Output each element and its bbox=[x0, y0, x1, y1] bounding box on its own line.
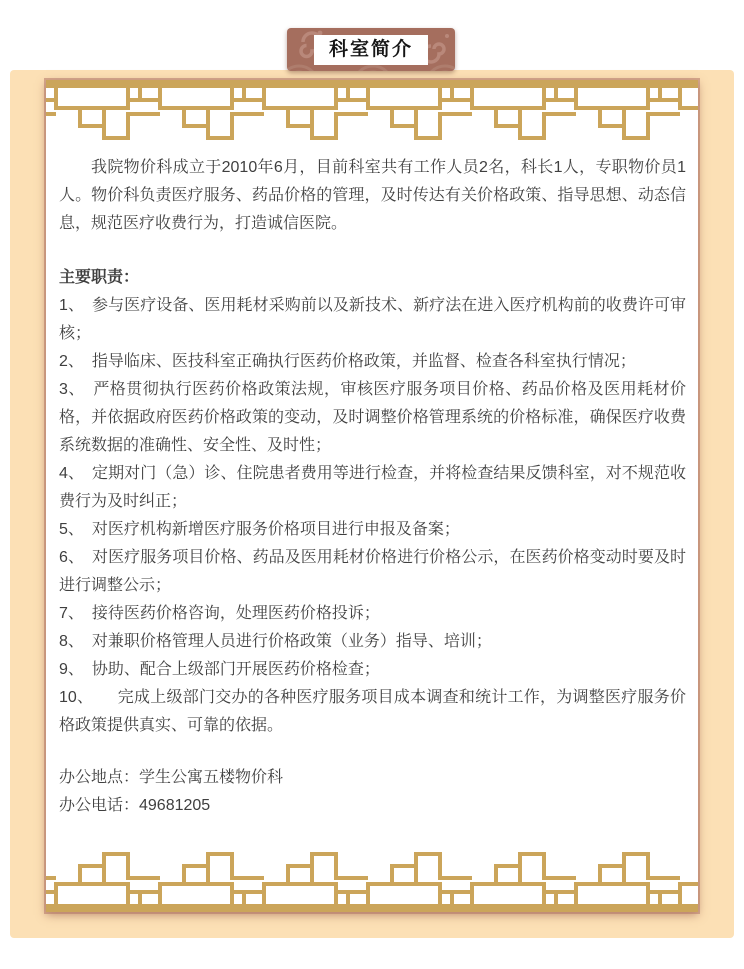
duties-list: 1、 参与医疗设备、医用耗材采购前以及新技术、新疗法在进入医疗机构前的收费许可审… bbox=[59, 292, 686, 740]
contact-info: 办公地点：学生公寓五楼物价科 办公电话：49681205 bbox=[59, 764, 686, 820]
page-title: 科室简介 bbox=[314, 35, 428, 65]
wave-arcs-icon bbox=[287, 66, 455, 71]
duty-item: 8、 对兼职价格管理人员进行价格政策（业务）指导、培训； bbox=[59, 628, 686, 656]
duty-item: 4、 定期对门（急）诊、住院患者费用等进行检查，并将检查结果反馈科室，对不规范收… bbox=[59, 460, 686, 516]
duty-item: 10、 完成上级部门交办的各种医疗服务项目成本调查和统计工作，为调整医疗服务价格… bbox=[59, 684, 686, 740]
duty-item: 9、 协助、配合上级部门开展医药价格检查； bbox=[59, 656, 686, 684]
gold-bar bbox=[46, 80, 698, 88]
lattice-fret-icon bbox=[46, 88, 698, 144]
page: 科室简介 我院物价科成立于2010年6月，目前科室共有工作人员2名，科长1人，专… bbox=[0, 0, 744, 969]
duty-item: 5、 对医疗机构新增医疗服务价格项目进行申报及备案； bbox=[59, 516, 686, 544]
duty-item: 1、 参与医疗设备、医用耗材采购前以及新技术、新疗法在进入医疗机构前的收费许可审… bbox=[59, 292, 686, 348]
article-content: 我院物价科成立于2010年6月，目前科室共有工作人员2名，科长1人，专职物价员1… bbox=[59, 154, 686, 820]
office-location: 办公地点：学生公寓五楼物价科 bbox=[59, 764, 686, 792]
lattice-border-top bbox=[46, 80, 698, 146]
duty-item: 3、 严格贯彻执行医药价格政策法规，审核医疗服务项目价格、药品价格及医用耗材价格… bbox=[59, 376, 686, 460]
lattice-border-bottom bbox=[46, 846, 698, 912]
duty-item: 7、 接待医药价格咨询，处理医药价格投诉； bbox=[59, 600, 686, 628]
intro-paragraph: 我院物价科成立于2010年6月，目前科室共有工作人员2名，科长1人，专职物价员1… bbox=[59, 154, 686, 238]
office-phone: 办公电话：49681205 bbox=[59, 792, 686, 820]
section-title-badge: 科室简介 bbox=[287, 28, 455, 71]
duty-item: 2、 指导临床、医技科室正确执行医药价格政策，并监督、检查各科室执行情况； bbox=[59, 348, 686, 376]
gold-bar bbox=[46, 904, 698, 912]
lattice-fret-icon bbox=[46, 848, 698, 904]
duties-heading: 主要职责： bbox=[59, 264, 686, 292]
duty-item: 6、 对医疗服务项目价格、药品及医用耗材价格进行价格公示，在医药价格变动时要及时… bbox=[59, 544, 686, 600]
content-panel-background: 我院物价科成立于2010年6月，目前科室共有工作人员2名，科长1人，专职物价员1… bbox=[10, 70, 734, 938]
content-card: 我院物价科成立于2010年6月，目前科室共有工作人员2名，科长1人，专职物价员1… bbox=[46, 80, 698, 912]
